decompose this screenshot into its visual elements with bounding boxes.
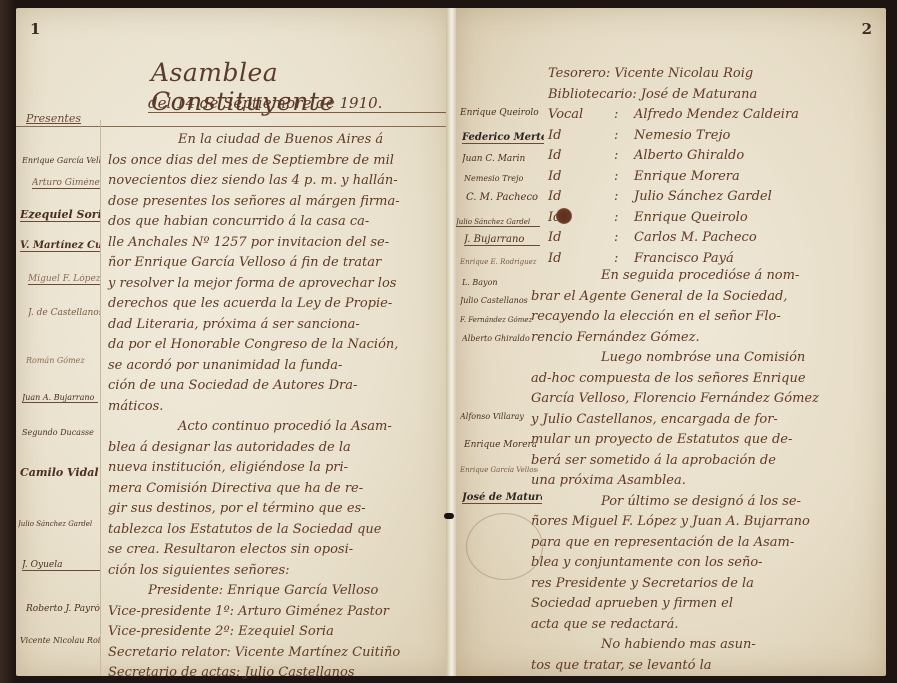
text-line: Por último se designó á los se- — [531, 492, 881, 513]
text-line: los once dias del mes de Septiembre de m… — [108, 151, 444, 172]
id-label: Id — [548, 167, 614, 188]
vocal-row: Id: Enrique Morera — [548, 167, 878, 188]
signature: L. Bayon — [462, 278, 522, 287]
text-line: brar el Agente General de la Sociedad, — [531, 287, 881, 308]
left-page: 1 Asamblea Constituyente del 14 de Septi… — [16, 8, 452, 676]
officer-row: Vice-presidente 1º: Arturo Giménez Pasto… — [108, 602, 444, 623]
id-label: Id — [548, 187, 614, 208]
page-subtitle-date: del 14 de Septiembre de 1910. — [148, 94, 448, 113]
signature: Julio Sánchez Gardel — [18, 520, 100, 528]
officers-continued: Tesorero: Vicente Nicolau Roig Bibliotec… — [548, 64, 878, 269]
signature: Enrique García Velloso — [460, 466, 538, 474]
signature: Arturo Giménez Pastor — [32, 178, 100, 189]
vocal-row: Vocal: Alfredo Mendez Caldeira — [548, 105, 878, 126]
officer-name: Enrique García Velloso — [227, 581, 378, 602]
signature: Julio Sánchez Gardel — [456, 218, 540, 227]
text-line: acta que se redactará. — [531, 615, 881, 636]
minutes-body-continued: En seguida procedióse á nom- brar el Age… — [531, 266, 881, 676]
text-line: tablezca los Estatutos de la Sociedad qu… — [108, 520, 444, 541]
signature: Federico Mertens — [462, 132, 544, 144]
text-line: dos que habian concurrido á la casa ca- — [108, 212, 444, 233]
officer-role: Vice-presidente 1º — [108, 602, 230, 623]
text-line: y resolver la mejor forma de aprovechar … — [108, 274, 444, 295]
text-line: berá ser sometido á la aprobación de — [531, 451, 881, 472]
right-page: 2 Tesorero: Vicente Nicolau Roig Bibliot… — [456, 8, 886, 676]
vocal-name: Carlos M. Pacheco — [634, 228, 757, 249]
ink-blot — [556, 208, 572, 224]
officer-row: Presidente: Enrique García Velloso — [108, 581, 444, 602]
text-line: ción de una Sociedad de Autores Dra- — [108, 376, 444, 397]
officer-name: Arturo Giménez Pastor — [238, 602, 389, 623]
vocal-row: Id: Alberto Ghiraldo — [548, 146, 878, 167]
text-line: máticos. — [108, 397, 444, 418]
signature: J. de Castellanos — [28, 308, 100, 318]
text-line: recayendo la elección en el señor Flo- — [531, 307, 881, 328]
vocal-name: Alberto Ghiraldo — [634, 146, 744, 167]
text-line: Luego nombróse una Comisión — [531, 348, 881, 369]
officer-name: Vicente Martínez Cuitiño — [235, 643, 400, 664]
signature: Roberto J. Payró — [26, 604, 100, 614]
signature: Nemesio Trejo — [464, 174, 542, 183]
signature: Enrique E. Rodriguez — [460, 258, 542, 266]
officer-role: Secretario de actas — [108, 663, 236, 683]
text-line: mera Comisión Directiva que ha de re- — [108, 479, 444, 500]
text-line: ñor Enrique García Velloso á fin de trat… — [108, 253, 444, 274]
officer-role: Presidente — [148, 581, 219, 602]
text-line: blea á designar las autoridades de la — [108, 438, 444, 459]
text-line: En la ciudad de Buenos Aires á — [108, 130, 444, 151]
text-line: res Presidente y Secretarios de la — [531, 574, 881, 595]
signature: Enrique Queirolo — [460, 108, 540, 118]
officer-name: Ezequiel Soria — [238, 622, 334, 643]
signature: Juan C. Marin — [462, 154, 542, 164]
margin-heading: Presentes — [26, 112, 81, 125]
header-divider — [16, 126, 452, 127]
signature: Miguel F. López — [28, 274, 100, 285]
signature: F. Fernández Gómez — [460, 316, 538, 324]
binding-pin — [444, 513, 454, 519]
signature: V. Martínez Cuitiño — [20, 240, 100, 252]
vocal-label: Vocal — [548, 105, 614, 126]
minutes-body: En la ciudad de Buenos Aires á los once … — [108, 130, 444, 683]
vocal-row: Id: Nemesio Trejo — [548, 126, 878, 147]
text-line: García Velloso, Florencio Fernández Góme… — [531, 389, 881, 410]
open-book: 1 Asamblea Constituyente del 14 de Septi… — [0, 0, 897, 683]
text-line: nueva institución, eligiéndose la pri- — [108, 458, 444, 479]
faded-seal — [466, 513, 543, 580]
officer-row: Secretario relator: Vicente Martínez Cui… — [108, 643, 444, 664]
signature: Enrique García Velloso — [22, 156, 100, 165]
signature: Alberto Ghiraldo — [462, 334, 536, 343]
vocal-name: Enrique Morera — [634, 167, 740, 188]
text-line: se acordó por unanimidad la funda- — [108, 356, 444, 377]
text-line: y Julio Castellanos, encargada de for- — [531, 410, 881, 431]
vocal-name: Julio Sánchez Gardel — [634, 187, 772, 208]
text-line: dad Literaria, próxima á ser sanciona- — [108, 315, 444, 336]
text-line: una próxima Asamblea. — [531, 471, 881, 492]
signature: Román Gómez — [26, 356, 98, 365]
text-line: blea y conjuntamente con los seño- — [531, 553, 881, 574]
text-line: Acto continuo procedió la Asam- — [108, 417, 444, 438]
signature: Juan A. Bujarrano — [22, 393, 98, 403]
signature: Camilo Vidal — [20, 466, 100, 479]
officer-role: Bibliotecario — [548, 85, 632, 106]
text-line: se crea. Resultaron electos sin oposi- — [108, 540, 444, 561]
officer-row: Bibliotecario: José de Maturana — [548, 85, 878, 106]
text-line: mular un proyecto de Estatutos que de- — [531, 430, 881, 451]
text-line: Sociedad aprueben y firmen el — [531, 594, 881, 615]
officer-name: Julio Castellanos — [244, 663, 354, 683]
signature: Alfonso Villaray — [460, 412, 538, 421]
signature: C. M. Pacheco — [466, 192, 542, 203]
officer-row: Secretario de actas: Julio Castellanos — [108, 663, 444, 683]
signature: J. Bujarrano — [464, 234, 540, 246]
officer-row: Vice-presidente 2º: Ezequiel Soria — [108, 622, 444, 643]
vocal-name: Alfredo Mendez Caldeira — [634, 105, 799, 126]
signature: Enrique Morera — [464, 440, 536, 450]
text-line: ad-hoc compuesta de los señores Enrique — [531, 369, 881, 390]
signature: Vicente Nicolau Roig — [20, 636, 100, 645]
officers-list: Presidente: Enrique García Velloso Vice-… — [108, 581, 444, 683]
page-number: 1 — [30, 20, 40, 38]
text-line: En seguida procedióse á nom- — [531, 266, 881, 287]
vocal-row: Id: Julio Sánchez Gardel — [548, 187, 878, 208]
officer-name: Vicente Nicolau Roig — [614, 64, 753, 85]
id-label: Id — [548, 126, 614, 147]
vocal-row: Id: Carlos M. Pacheco — [548, 228, 878, 249]
text-line: lle Anchales Nº 1257 por invitacion del … — [108, 233, 444, 254]
officer-role: Secretario relator — [108, 643, 226, 664]
signature: José de Maturana — [462, 492, 542, 504]
text-line: ñores Miguel F. López y Juan A. Bujarran… — [531, 512, 881, 533]
officer-row: Tesorero: Vicente Nicolau Roig — [548, 64, 878, 85]
text-line: da por el Honorable Congreso de la Nació… — [108, 335, 444, 356]
id-label: Id — [548, 228, 614, 249]
text-line: gir sus destinos, por el término que es- — [108, 499, 444, 520]
officer-name: José de Maturana — [641, 85, 757, 106]
vocal-name: Enrique Queirolo — [634, 208, 748, 229]
text-line: novecientos diez siendo las 4 p. m. y ha… — [108, 171, 444, 192]
officer-role: Tesorero — [548, 64, 606, 85]
text-line: tos que tratar, se levantó la — [531, 656, 881, 677]
text-line: derechos que les acuerda la Ley de Propi… — [108, 294, 444, 315]
text-line: No habiendo mas asun- — [531, 635, 881, 656]
vocal-row: Id: Enrique Queirolo — [548, 208, 878, 229]
text-line: ción los siguientes señores: — [108, 561, 444, 582]
text-line: rencio Fernández Gómez. — [531, 328, 881, 349]
vocal-name: Nemesio Trejo — [634, 126, 730, 147]
signature: J. Oyuela — [22, 560, 100, 571]
signature: Ezequiel Soria — [20, 208, 100, 222]
page-number: 2 — [862, 20, 872, 38]
margin-divider — [100, 120, 101, 676]
officer-role: Vice-presidente 2º — [108, 622, 230, 643]
text-line: para que en representación de la Asam- — [531, 533, 881, 554]
signature: Segundo Ducasse — [22, 428, 98, 437]
text-line: dose presentes los señores al márgen fir… — [108, 192, 444, 213]
signature: Julio Castellanos — [460, 296, 538, 305]
id-label: Id — [548, 146, 614, 167]
